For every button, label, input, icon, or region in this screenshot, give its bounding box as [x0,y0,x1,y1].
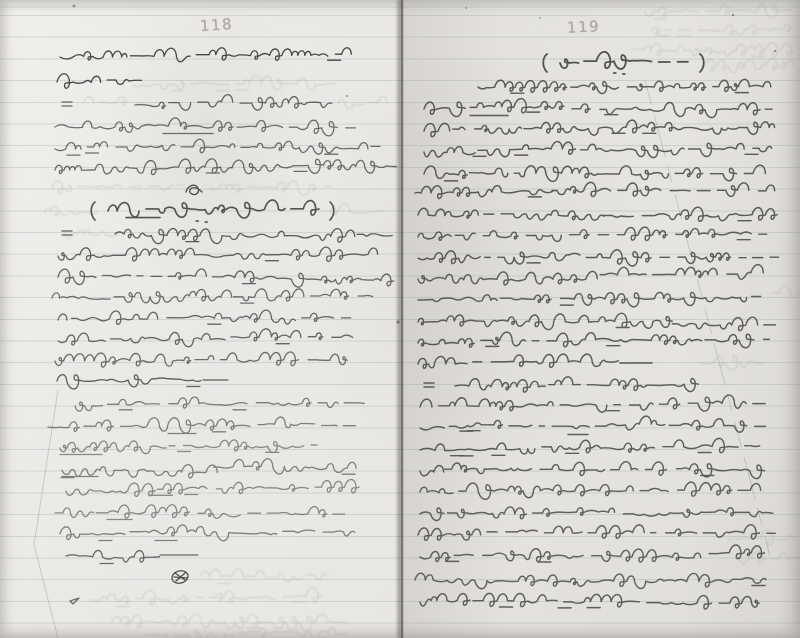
handwritten-heading [543,52,704,74]
handwritten-line [424,377,698,392]
handwritten-line [424,142,772,158]
handwritten-line [61,459,356,478]
handwritten-line [186,185,202,194]
handwritten-line [418,265,763,285]
handwritten-line [55,139,380,155]
handwritten-line [418,332,769,348]
handwritten-line [418,313,776,330]
handwritten-line [420,482,761,499]
handwritten-line [420,545,764,562]
handwritten-line [418,525,775,541]
handwritten-line [55,118,355,136]
handwritten-line [418,207,777,221]
scan-speck [732,14,734,16]
handwritten-line [420,462,764,479]
handwritten-line [58,247,378,261]
handwritten-line [478,79,771,93]
handwritten-line [420,395,765,412]
scan-speck [465,7,467,9]
handwritten-line [66,550,198,563]
handwritten-line [75,397,364,411]
right-page-number: 119 [567,17,601,37]
scan-speck [539,17,541,19]
handwritten-line [48,417,355,433]
scan-speck [346,95,348,97]
left-page-number: 118 [199,15,233,35]
handwritten-line [60,440,317,455]
handwritten-line [424,120,775,137]
handwritten-line [418,292,761,307]
bleed-through-ghost-text [45,4,800,638]
handwriting-ink-layer [0,0,800,638]
handwritten-line [420,438,760,455]
handwritten-line [418,354,652,368]
handwritten-line [55,505,345,520]
scan-speck [73,5,76,8]
handwritten-line [172,571,188,583]
handwritten-line [55,159,397,175]
handwritten-heading [91,200,334,222]
handwritten-line [58,310,351,324]
handwritten-line [424,99,772,118]
handwritten-line [55,352,347,367]
handwritten-line [66,480,359,497]
handwritten-line [420,507,773,521]
handwritten-line [60,525,355,541]
handwritten-line [418,227,767,241]
handwritten-line [415,573,766,589]
handwritten-line [418,250,779,266]
manuscript-scan: 118 119 [0,0,800,638]
handwritten-line [70,598,79,604]
handwritten-line [58,269,394,287]
handwritten-line [58,329,353,347]
handwritten-line [52,289,373,304]
handwritten-line [420,416,766,434]
handwritten-line [415,182,775,198]
scan-speck [774,50,776,52]
handwritten-line [420,593,759,609]
handwritten-line [424,165,765,181]
handwritten-line [60,48,351,62]
scan-speck [396,320,399,323]
handwritten-line [57,375,228,389]
handwritten-line [57,74,141,89]
